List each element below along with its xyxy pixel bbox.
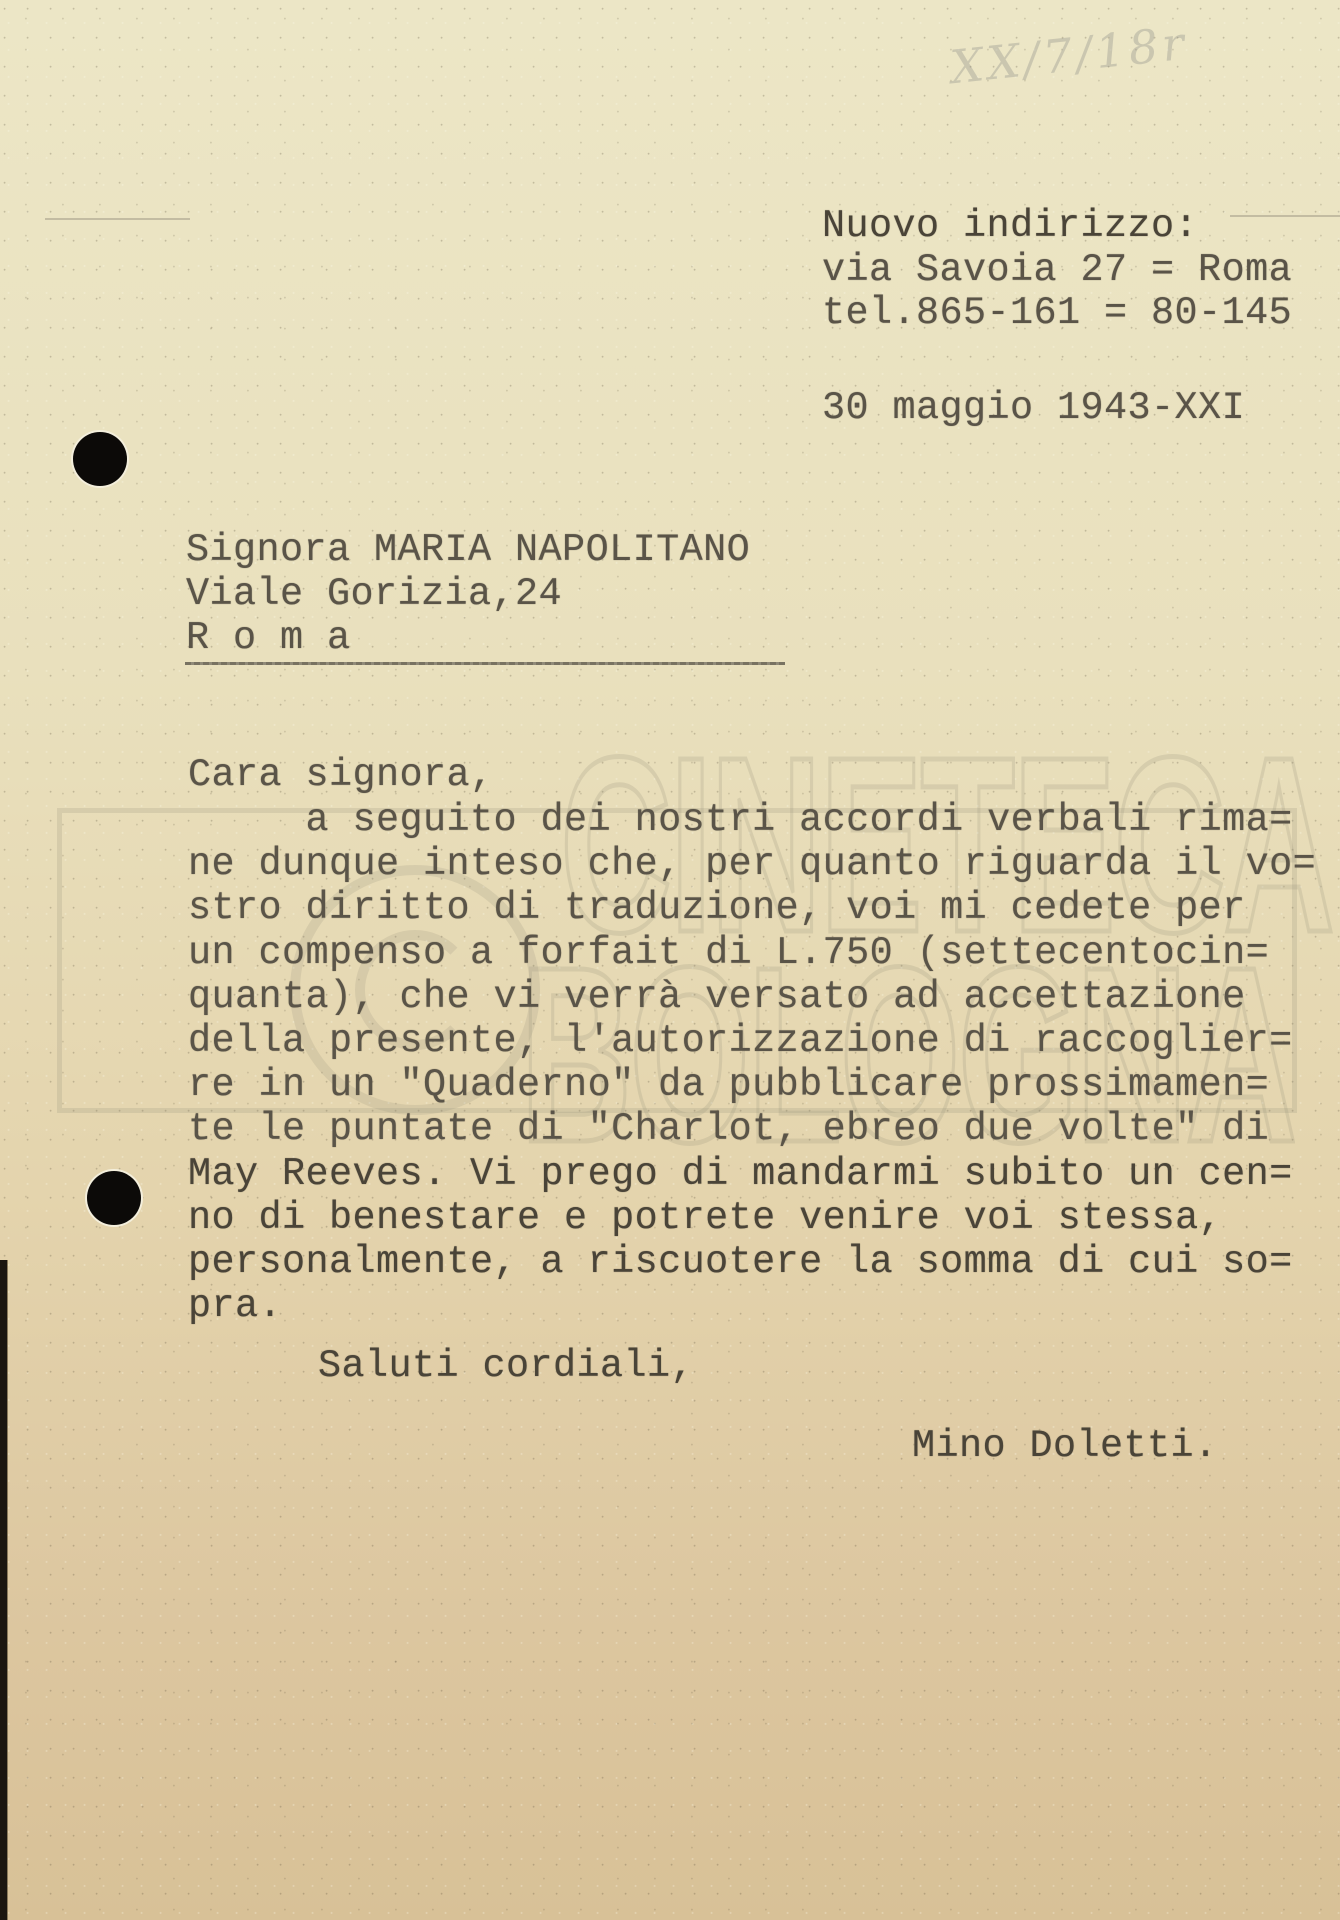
- page-edge-shadow: [0, 1260, 8, 1920]
- pencil-annotation: XX/7/18r: [948, 16, 1191, 95]
- body-line: quanta), che vi verrà versato ad accetta…: [188, 975, 1246, 1019]
- addressee-line: R o m a: [186, 616, 351, 660]
- letter-date: 30 maggio 1943-XXI: [822, 386, 1245, 430]
- letter-page: XX/7/18r CINETECA BOLOGNA Nuovo indirizz…: [0, 0, 1340, 1920]
- body-line: personalmente, a riscuotere la somma di …: [188, 1240, 1293, 1284]
- header-line: tel.865-161 = 80-145: [822, 291, 1292, 335]
- addressee-line: Viale Gorizia,24: [186, 572, 562, 616]
- faint-rule-left: [45, 218, 190, 220]
- body-line: te le puntate di "Charlot, ebreo due vol…: [188, 1107, 1269, 1151]
- header-line: Nuovo indirizzo:: [822, 204, 1198, 248]
- addressee-underline: [185, 662, 785, 665]
- body-line: stro diritto di traduzione, voi mi cedet…: [188, 886, 1246, 930]
- closing: Saluti cordiali,: [318, 1344, 694, 1388]
- signature: Mino Doletti.: [912, 1424, 1218, 1468]
- salutation: Cara signora,: [188, 753, 494, 797]
- addressee-line: Signora MARIA NAPOLITANO: [186, 528, 750, 572]
- body-line: della presente, l'autorizzazione di racc…: [188, 1019, 1293, 1063]
- body-line: May Reeves. Vi prego di mandarmi subito …: [188, 1152, 1293, 1196]
- punch-hole-icon: [73, 432, 127, 486]
- body-line: a seguito dei nostri accordi verbali rim…: [188, 798, 1293, 842]
- header-line: via Savoia 27 = Roma: [822, 248, 1292, 292]
- punch-hole-icon: [87, 1171, 141, 1225]
- body-line: un compenso a forfait di L.750 (settecen…: [188, 931, 1269, 975]
- body-line: re in un "Quaderno" da pubblicare prossi…: [188, 1063, 1269, 1107]
- faint-rule-right: [1230, 215, 1340, 217]
- body-line: ne dunque inteso che, per quanto riguard…: [188, 842, 1316, 886]
- body-line: pra.: [188, 1284, 282, 1328]
- body-line: no di benestare e potrete venire voi ste…: [188, 1196, 1222, 1240]
